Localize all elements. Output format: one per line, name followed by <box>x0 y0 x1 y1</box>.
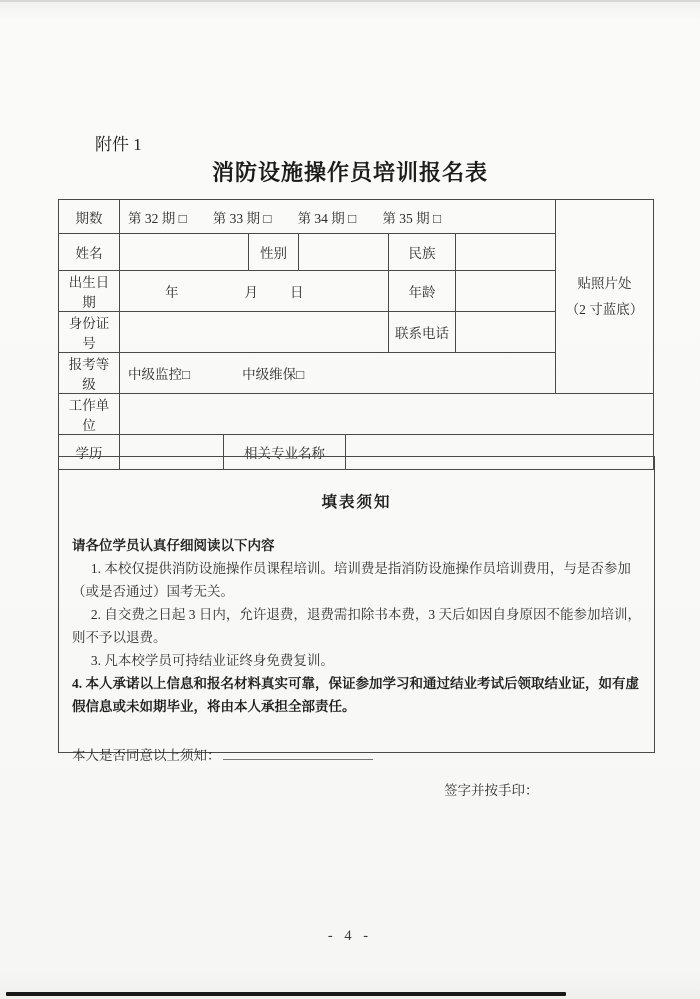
table-row-employer: 工作单位 <box>59 394 654 435</box>
page-title: 消防设施操作员培训报名表 <box>0 156 700 187</box>
employer-label: 工作单位 <box>59 394 120 435</box>
session-option-33: 第 33 期 □ <box>213 211 272 226</box>
registration-form-table: 期数 第 32 期 □第 33 期 □第 34 期 □第 35 期 □ 贴照片处… <box>58 199 654 470</box>
notes-item-3: 3. 凡本校学员可持结业证终身免费复训。 <box>72 649 641 672</box>
scanned-document-page: 附件 1 消防设施操作员培训报名表 期数 第 32 期 □第 33 期 □第 3… <box>0 0 700 999</box>
ethnicity-input-cell <box>456 234 556 271</box>
session-option-34: 第 34 期 □ <box>298 211 357 226</box>
session-options-cell: 第 32 期 □第 33 期 □第 34 期 □第 35 期 □ <box>120 200 556 234</box>
agree-line: 本人是否同意以上须知： <box>72 744 641 767</box>
photo-line1: 贴照片处 <box>560 271 649 297</box>
age-input-cell <box>456 271 556 312</box>
signature-line: 签字并按手印： <box>72 779 641 802</box>
notes-item-1: 1. 本校仅提供消防设施操作员课程培训。培训费是指消防设施操作员培训费用，与是否… <box>72 557 641 603</box>
id-number-input-cell <box>120 312 389 353</box>
agree-blank-line <box>223 746 373 760</box>
session-option-32: 第 32 期 □ <box>128 211 187 226</box>
scan-bottom-edge <box>6 992 566 996</box>
day-label: 日 <box>290 285 304 300</box>
notes-intro: 请各位学员认真仔细阅读以下内容 <box>72 534 641 557</box>
ethnicity-label: 民族 <box>389 234 456 271</box>
age-label: 年龄 <box>389 271 456 312</box>
attachment-label: 附件 1 <box>95 130 142 155</box>
name-label: 姓名 <box>59 234 120 271</box>
session-label: 期数 <box>59 200 120 234</box>
photo-line2: （2 寸蓝底） <box>560 297 649 323</box>
exam-level-label: 报考等级 <box>59 353 120 394</box>
level-option-monitoring: 中级监控□ <box>128 367 190 382</box>
level-option-maintenance: 中级维保□ <box>242 367 304 382</box>
year-label: 年 <box>165 285 179 300</box>
phone-label: 联系电话 <box>389 312 456 353</box>
name-input-cell <box>120 234 249 271</box>
phone-input-cell <box>456 312 556 353</box>
scan-top-edge <box>0 0 700 2</box>
birthdate-label: 出生日期 <box>59 271 120 312</box>
employer-input-cell <box>120 394 654 435</box>
session-option-35: 第 35 期 □ <box>382 211 441 226</box>
page-number: - 4 - <box>0 928 700 945</box>
exam-level-options-cell: 中级监控□中级维保□ <box>120 353 556 394</box>
photo-paste-area: 贴照片处 （2 寸蓝底） <box>556 200 654 394</box>
notes-box: 填表须知 请各位学员认真仔细阅读以下内容 1. 本校仅提供消防设施操作员课程培训… <box>58 456 655 753</box>
birthdate-input-cell: 年月日 <box>120 271 389 312</box>
id-number-label: 身份证号 <box>59 312 120 353</box>
notes-title: 填表须知 <box>72 491 641 514</box>
notes-item-2: 2. 自交费之日起 3 日内，允许退费，退费需扣除书本费，3 天后如因自身原因不… <box>72 603 641 649</box>
notes-item-4: 4. 本人承诺以上信息和报名材料真实可靠，保证参加学习和通过结业考试后领取结业证… <box>72 672 641 718</box>
signature-label: 签字并按手印： <box>444 783 539 798</box>
month-label: 月 <box>245 285 259 300</box>
agree-label: 本人是否同意以上须知： <box>72 748 221 763</box>
gender-input-cell <box>299 234 389 271</box>
table-row-session: 期数 第 32 期 □第 33 期 □第 34 期 □第 35 期 □ 贴照片处… <box>59 200 654 234</box>
gender-label: 性别 <box>249 234 299 271</box>
